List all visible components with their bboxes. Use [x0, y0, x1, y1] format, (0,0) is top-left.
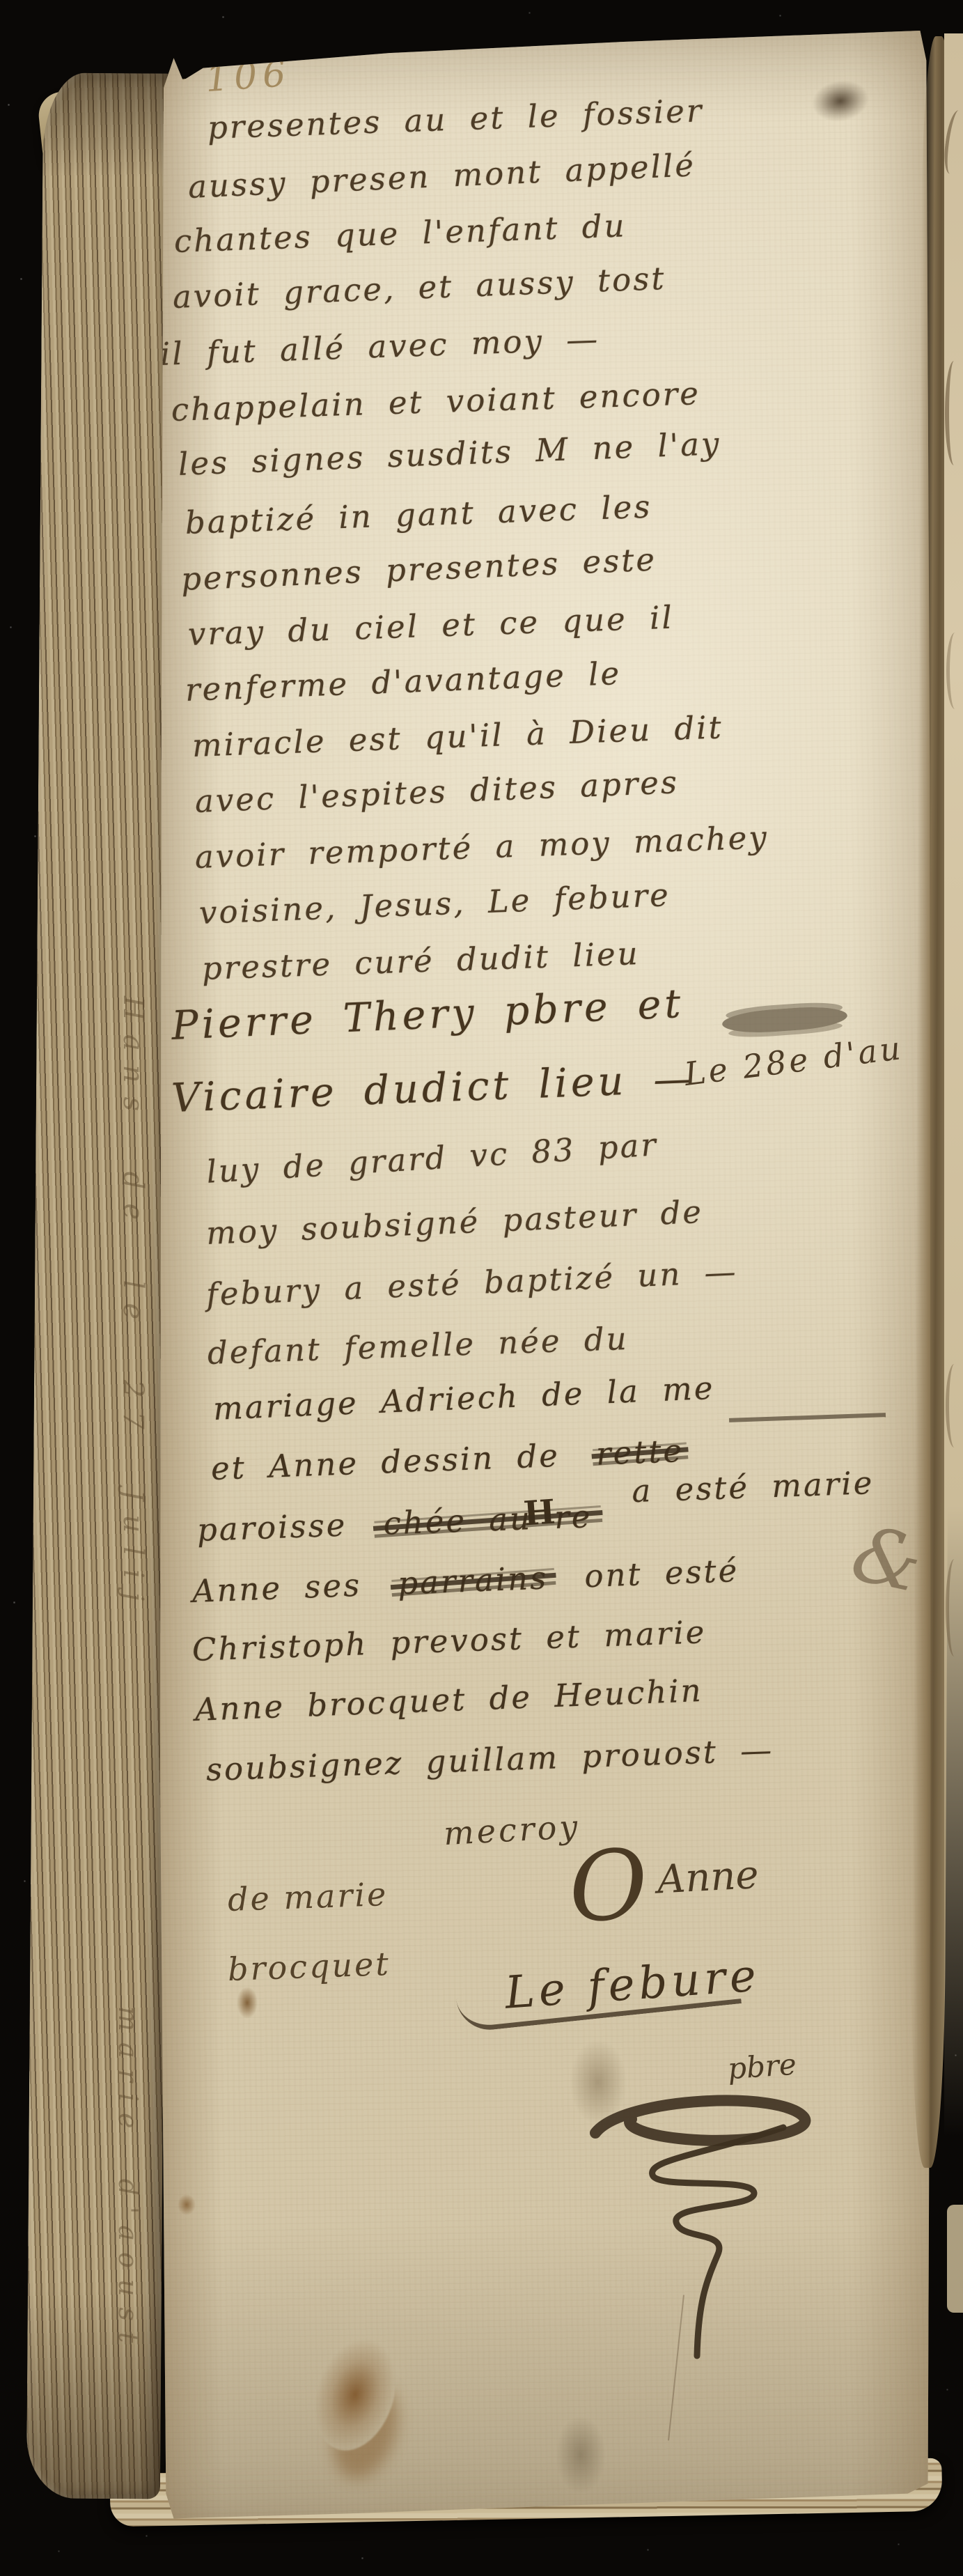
witness-o-mark-icon: O [567, 1851, 650, 1922]
manuscript-line: presentes au et le fossier [207, 92, 704, 146]
ink-smear [721, 1004, 848, 1035]
ink-stain [570, 2040, 627, 2125]
facing-page-sliver-bottom [947, 2205, 963, 2313]
ink-stain [178, 2194, 196, 2215]
signature-witness-mark: OAnne [567, 1845, 761, 1923]
manuscript-line: aussy presen mont appellé [187, 146, 696, 205]
manuscript-line-with-correction: et Anne dessin de rette [210, 1431, 698, 1487]
manuscript-line: defant femelle née du [207, 1320, 629, 1372]
ink-stain [237, 1987, 258, 2019]
manuscript-line: mariage Adriech de la me [212, 1370, 715, 1427]
manuscript-line: luy de grard vc 83 par [205, 1126, 659, 1190]
manuscript-line: miracle est qu'il à Dieu dit [191, 708, 723, 764]
signature-priest-title: pbre [726, 2047, 797, 2086]
manuscript-line: avoir remporté a moy machey [194, 818, 769, 876]
manuscript-line: Christoph prevost et marie [191, 1613, 707, 1668]
witness-name: Anne [656, 1852, 760, 1903]
manuscript-line-with-correction: Anne ses parrains ont esté [191, 1551, 753, 1610]
manuscript-line: moy soubsigné pasteur de [205, 1193, 704, 1252]
manuscript-line: avoit grace, et aussy tost [172, 260, 666, 316]
manuscript-line: baptizé in gant avec les [185, 488, 652, 541]
manuscript-line: personnes presentes este [180, 541, 657, 598]
facing-page-sliver [944, 33, 963, 2137]
ink-stain [556, 2416, 606, 2494]
manuscript-line: voisine, Jesus, Le febure [198, 876, 671, 931]
manuscript-line-priest-title: Vicaire dudict lieu — [171, 1055, 697, 1122]
register-book: 106 presentes au et le fossier aussy pre… [0, 0, 963, 2576]
margin-date-note: Le 28e d'au [682, 1029, 905, 1093]
manuscript-line: il fut allé avec moy — [159, 320, 600, 373]
facing-page-ink-mark [946, 1559, 963, 1656]
signature-left-name: de marie [227, 1875, 389, 1918]
ink-overline [729, 1413, 886, 1422]
signature-left-name: brocquet [227, 1945, 391, 1988]
facing-page-ink-mark [946, 633, 963, 709]
manuscript-line: febury a esté baptizé un — [205, 1253, 739, 1313]
line-text: paroisse [196, 1506, 347, 1548]
folio-number: 106 [204, 53, 292, 100]
facing-page-ink-mark [945, 361, 963, 465]
signature-priest: Le febure [503, 1950, 762, 2019]
manuscript-line: renferme d'avantage le [185, 655, 622, 708]
inserted-text: a esté marie [632, 1464, 875, 1510]
manuscript-line: les signes susdits M ne l'ay [178, 425, 721, 483]
manuscript-line: chantes que l'enfant du [173, 207, 627, 260]
vertical-marginalia: marie d'aoust [113, 2006, 143, 2354]
line-text: ont esté [584, 1552, 739, 1595]
manuscript-line: Anne brocquet de Heuchin [194, 1672, 703, 1728]
struck-out-word: rette [595, 1432, 684, 1473]
manuscript-line: avec l'espites dites apres [194, 763, 680, 820]
vertical-marginalia: Hans de le 27 Julij [117, 996, 149, 1615]
facing-page-ink-mark [946, 1364, 963, 1448]
facing-page-ink-mark [941, 109, 963, 176]
manuscript-page: 106 presentes au et le fossier aussy pre… [157, 31, 931, 2521]
background-dust-speckles [0, 0, 1, 1]
struck-out-word: chée au re [383, 1498, 593, 1542]
line-text: et Anne dessin de [210, 1437, 561, 1487]
line-text: Anne ses [191, 1567, 362, 1610]
paraph-flourish-icon [574, 2084, 825, 2363]
manuscript-line: vray du ciel et ce que il [187, 599, 675, 653]
manuscript-line-priest-name: Pierre Thery pbre et [171, 981, 685, 1049]
struck-out-word: parrains [397, 1559, 549, 1601]
manuscript-line: soubsignez guillam prouost — [205, 1732, 774, 1788]
signature-clerk: mecroy [443, 1808, 581, 1852]
manuscript-line: chappelain et voiant encore [171, 375, 701, 428]
manuscript-line: prestre curé dudit lieu [201, 935, 640, 987]
book-fore-edge-pages [26, 72, 177, 2499]
